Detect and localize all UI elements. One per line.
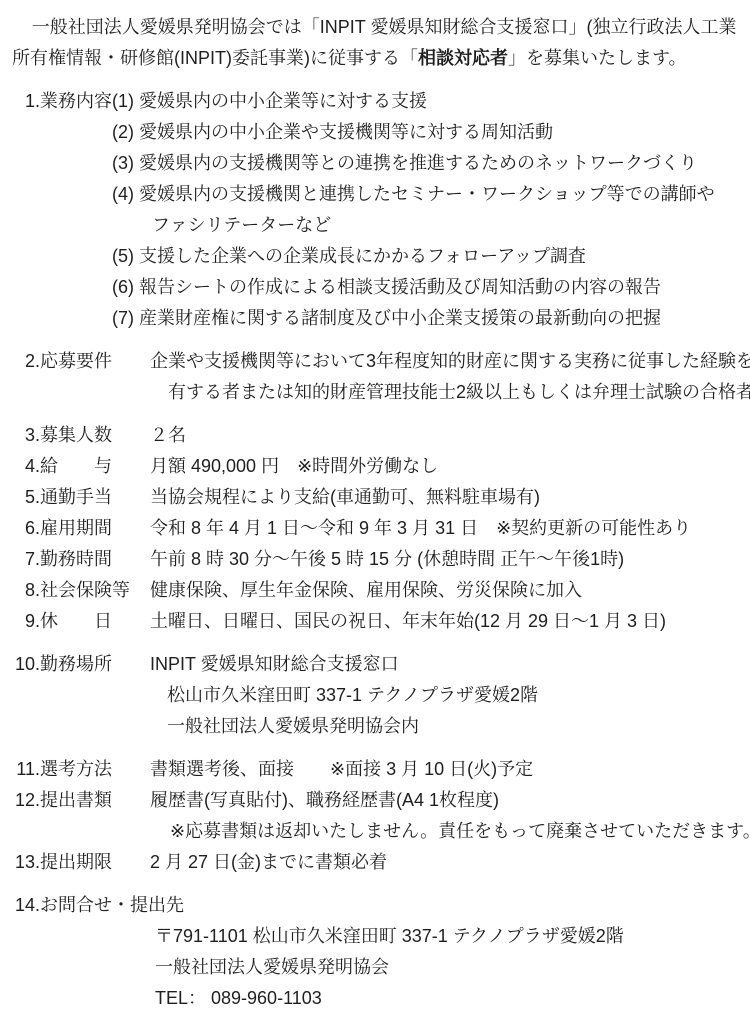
item-row-7: 7.勤務時間午前 8 時 30 分～午後 5 時 15 分 (休憩時間 正午～午… [12, 544, 736, 575]
item-value: 午前 8 時 30 分～午後 5 時 15 分 (休憩時間 正午～午後1時) [150, 544, 624, 575]
item-value: 書類選考後、面接 ※面接 3 月 10 日(火)予定 [150, 754, 533, 785]
workplace-address-line: 松山市久米窪田町 337-1 テクノプラザ愛媛2階 [12, 680, 736, 711]
item-label: 提出期限 [40, 847, 130, 878]
item-label: お問合せ・提出先 [40, 890, 184, 921]
sub-item-6: (6) 報告シートの作成による相談支援活動及び周知活動の内容の報告 [12, 272, 736, 303]
item-value: 健康保険、厚生年金保険、雇用保険、労災保険に加入 [150, 575, 582, 606]
item-row-12: 12.提出書類履歴書(写真貼付)、職務経歴書(A4 1枚程度) [12, 785, 736, 816]
org-name-line: 一般社団法人愛媛県発明協会 [12, 952, 736, 983]
item-label: 募集人数 [40, 420, 130, 451]
item-value: 令和 8 年 4 月 1 日～令和 9 年 3 月 31 日 ※契約更新の可能性… [150, 513, 691, 544]
intro-paragraph: 一般社団法人愛媛県発明協会では「INPIT 愛媛県知財総合支援窓口」(独立行政法… [12, 12, 736, 74]
item-number: 2. [12, 346, 40, 377]
item-label: 勤務場所 [40, 649, 130, 680]
item-number: 8. [12, 575, 40, 606]
item-value: (1) 愛媛県内の中小企業等に対する支援 [112, 86, 427, 117]
item-row-8: 8.社会保険等健康保険、厚生年金保険、雇用保険、労災保険に加入 [12, 575, 736, 606]
item-row-13: 13.提出期限2 月 27 日(金)までに書類必着 [12, 847, 736, 878]
item-row-1: 1.業務内容(1) 愛媛県内の中小企業等に対する支援 [12, 86, 736, 117]
item-row-11: 11.選考方法書類選考後、面接 ※面接 3 月 10 日(火)予定 [12, 754, 736, 785]
item-number: 9. [12, 606, 40, 637]
intro-line1: 一般社団法人愛媛県発明協会では「INPIT 愛媛県知財総合支援窓口」(独立行政法… [12, 12, 736, 43]
document-page: 一般社団法人愛媛県発明協会では「INPIT 愛媛県知財総合支援窓口」(独立行政法… [0, 0, 750, 1024]
tel-line: TEL： 089-960-1103 [12, 983, 736, 1014]
intro-line2-pre: 所有権情報・研修館(INPIT)委託事業)に従事する「 [12, 48, 418, 68]
item-row-2: 2.応募要件企業や支援機関等において3年程度知的財産に関する実務に従事した経験を [12, 346, 736, 377]
sub-item-3: (3) 愛媛県内の支援機関等との連携を推進するためのネットワークづくり [12, 148, 736, 179]
item-number: 5. [12, 482, 40, 513]
item-value: 月額 490,000 円 ※時間外労働なし [150, 451, 438, 482]
item-number: 10. [12, 649, 40, 680]
sub-item-4: (4) 愛媛県内の支援機関と連携したセミナー・ワークショップ等での講師や [12, 179, 736, 210]
item-number: 14. [12, 890, 40, 921]
item-row-14: 14.お問合せ・提出先 [12, 890, 736, 921]
note-line: ※応募書類は返却いたしません。責任をもって廃棄させていただきます。 [12, 816, 736, 847]
intro-line1-text: 一般社団法人愛媛県発明協会では「INPIT 愛媛県知財総合支援窓口」(独立行政法… [32, 17, 737, 37]
item-number: 6. [12, 513, 40, 544]
item-number: 1. [12, 86, 40, 117]
highlight-recruit-title: 相談対応者 [418, 48, 508, 68]
item-label: 勤務時間 [40, 544, 130, 575]
item-value: 土曜日、日曜日、国民の祝日、年末年始(12 月 29 日～1 月 3 日) [150, 606, 666, 637]
item-2-value-line2: 有する者または知的財産管理技能士2級以上もしくは弁理士試験の合格者 [12, 377, 736, 408]
item-value: 履歴書(写真貼付)、職務経歴書(A4 1枚程度) [150, 785, 499, 816]
item-number: 12. [12, 785, 40, 816]
intro-line2-post: 」を募集いたします。 [508, 48, 687, 68]
item-label: 提出書類 [40, 785, 130, 816]
sub-item-2: (2) 愛媛県内の中小企業や支援機関等に対する周知活動 [12, 117, 736, 148]
item-number: 4. [12, 451, 40, 482]
intro-line2: 所有権情報・研修館(INPIT)委託事業)に従事する「相談対応者」を募集いたしま… [12, 43, 736, 74]
item-label: 雇用期間 [40, 513, 130, 544]
item-row-4: 4.給 与月額 490,000 円 ※時間外労働なし [12, 451, 736, 482]
item-number: 11. [12, 754, 40, 785]
item-value: INPIT 愛媛県知財総合支援窓口 [150, 649, 399, 680]
item-number: 7. [12, 544, 40, 575]
item-row-3: 3.募集人数２名 [12, 420, 736, 451]
item-label: 休 日 [40, 606, 130, 637]
item-value: ２名 [150, 420, 186, 451]
item-label: 応募要件 [40, 346, 130, 377]
item-label: 業務内容 [40, 86, 112, 117]
item-row-10: 10.勤務場所INPIT 愛媛県知財総合支援窓口 [12, 649, 736, 680]
item-label: 選考方法 [40, 754, 130, 785]
item-label: 通勤手当 [40, 482, 130, 513]
item-label: 給 与 [40, 451, 130, 482]
item-row-9: 9.休 日土曜日、日曜日、国民の祝日、年末年始(12 月 29 日～1 月 3 … [12, 606, 736, 637]
sub-item-4-continuation: ファシリテーターなど [12, 210, 736, 241]
workplace-org-line: 一般社団法人愛媛県発明協会内 [12, 711, 736, 742]
sub-item-5: (5) 支援した企業への企業成長にかかるフォローアップ調査 [12, 241, 736, 272]
item-number: 13. [12, 847, 40, 878]
postal-address-line: 〒791-1101 松山市久米窪田町 337-1 テクノプラザ愛媛2階 [12, 921, 736, 952]
item-value: 当協会規程により支給(車通勤可、無料駐車場有) [150, 482, 540, 513]
item-label: 社会保険等 [40, 575, 130, 606]
item-row-5: 5.通勤手当当協会規程により支給(車通勤可、無料駐車場有) [12, 482, 736, 513]
item-value: 2 月 27 日(金)までに書類必着 [150, 847, 387, 878]
item-number: 3. [12, 420, 40, 451]
item-row-6: 6.雇用期間令和 8 年 4 月 1 日～令和 9 年 3 月 31 日 ※契約… [12, 513, 736, 544]
sub-item-7: (7) 産業財産権に関する諸制度及び中小企業支援策の最新動向の把握 [12, 303, 736, 334]
item-value: 企業や支援機関等において3年程度知的財産に関する実務に従事した経験を [150, 346, 750, 377]
